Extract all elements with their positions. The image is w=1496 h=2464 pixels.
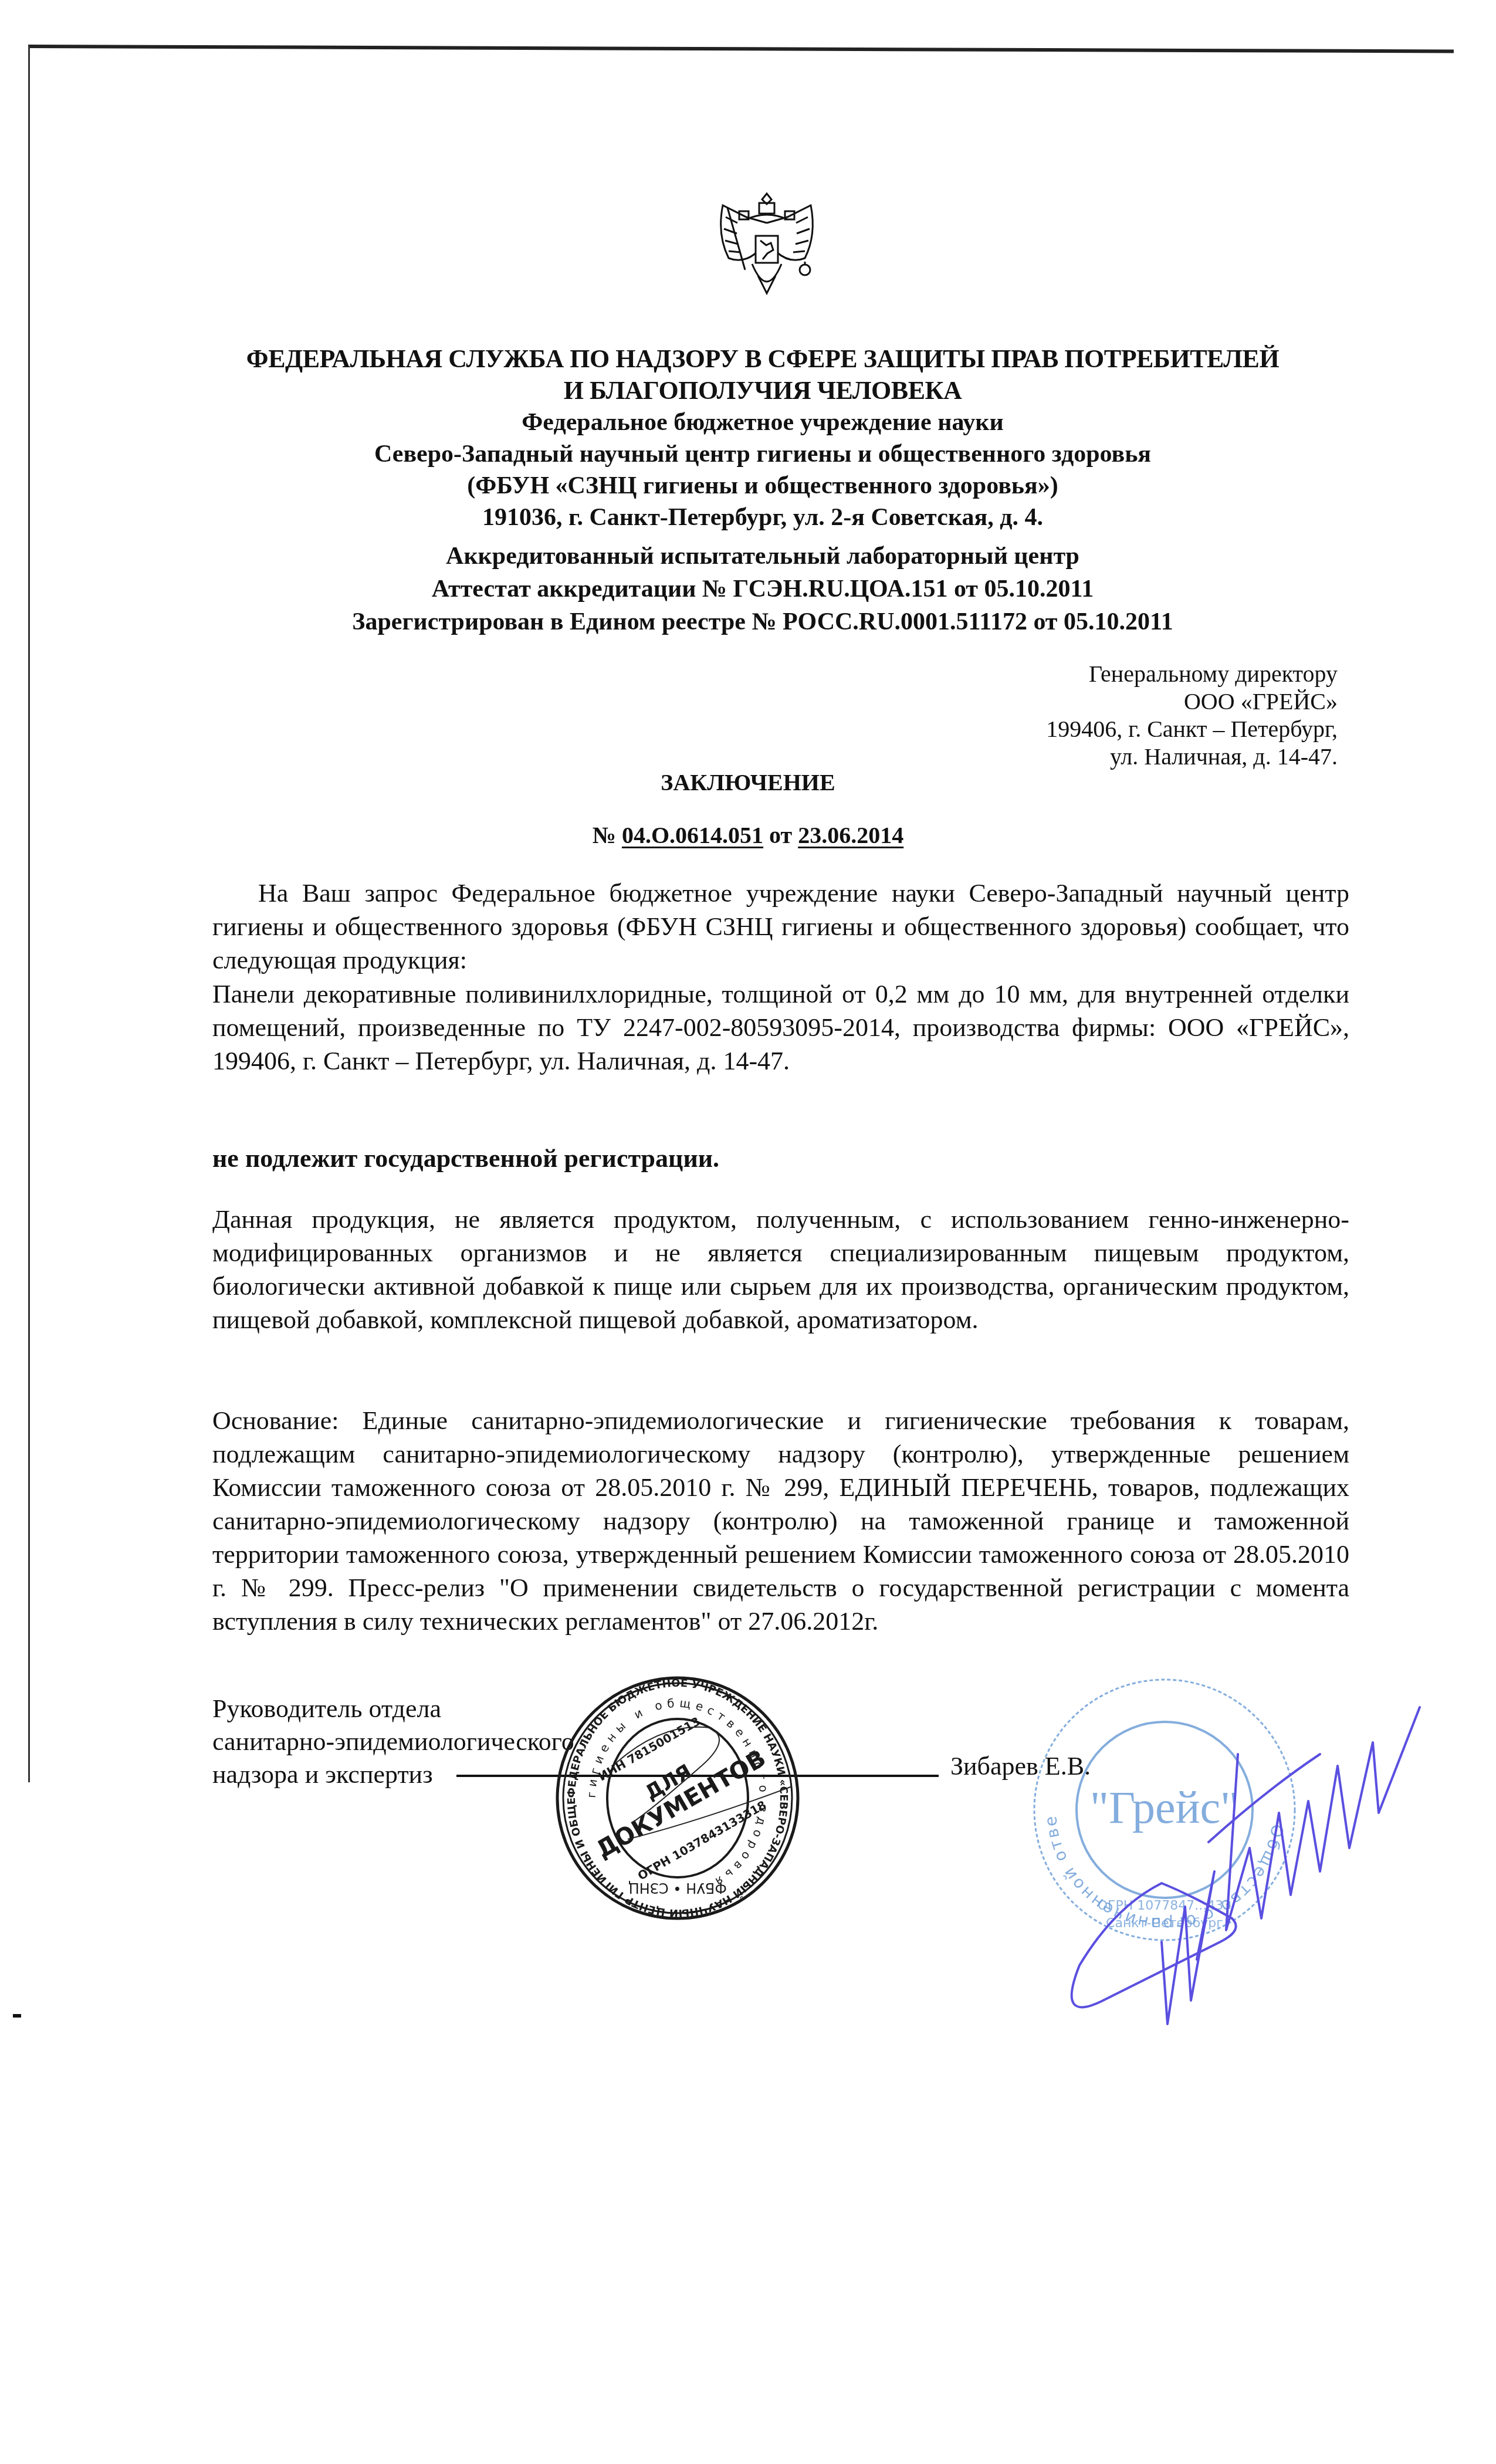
scan-artifact-mark [13, 2014, 21, 2018]
institution-address: 191036, г. Санкт-Петербург, ул. 2-я Сове… [176, 502, 1349, 533]
gmo-statement: Данная продукция, не является продуктом,… [212, 1203, 1349, 1336]
document-date: 23.06.2014 [798, 822, 903, 848]
document-number: 04.О.0614.051 [622, 822, 763, 848]
addressee-company: ООО «ГРЕЙС» [1046, 688, 1338, 715]
official-stamp-icon: ФЕДЕРАЛЬНОЕ БЮДЖЕТНОЕ УЧРЕЖДЕНИЕ НАУКИ «… [546, 1675, 810, 1921]
page-border-top [28, 45, 1454, 53]
addressee-street: ул. Наличная, д. 14-47. [1046, 743, 1338, 770]
page-border-left [28, 46, 30, 1782]
addressee-position: Генеральному директору [1046, 660, 1338, 688]
document-title: ЗАКЛЮЧЕНИЕ [0, 769, 1496, 796]
letterhead: ФЕДЕРАЛЬНАЯ СЛУЖБА ПО НАДЗОРУ В СФЕРЕ ЗА… [176, 343, 1349, 533]
stamp-abbr: ФБУН • СЗНЦ [628, 1880, 727, 1896]
number-sign: № [593, 822, 616, 848]
legal-basis: Основание: Единые санитарно-эпидемиологи… [212, 1404, 1349, 1638]
verdict: не подлежит государственной регистрации. [212, 1142, 1349, 1175]
institution-name: Северо-Западный научный центр гигиены и … [176, 438, 1349, 470]
coat-of-arms-icon [711, 182, 823, 305]
accredited-center: Аккредитованный испытательный лабораторн… [176, 540, 1349, 573]
document-number-line: № 04.О.0614.051 от 23.06.2014 [0, 821, 1496, 849]
registry-entry: Зарегистрирован в Едином реестре № РОСС.… [176, 605, 1349, 638]
product-description: Панели декоративные поливинилхлоридные, … [212, 977, 1349, 1078]
institution-type: Федеральное бюджетное учреждение науки [176, 407, 1349, 438]
institution-abbreviation: (ФБУН «СЗНЦ гигиены и общественного здор… [176, 470, 1349, 502]
agency-name-line1: ФЕДЕРАЛЬНАЯ СЛУЖБА ПО НАДЗОРУ В СФЕРЕ ЗА… [176, 343, 1349, 375]
accreditation-block: Аккредитованный испытательный лабораторн… [176, 540, 1349, 638]
date-prefix: от [769, 822, 792, 848]
agency-name-line2: И БЛАГОПОЛУЧИЯ ЧЕЛОВЕКА [176, 375, 1349, 407]
handwritten-signature-icon [1044, 1695, 1455, 2059]
addressee-city: 199406, г. Санкт – Петербург, [1046, 715, 1338, 743]
addressee-block: Генеральному директору ООО «ГРЕЙС» 19940… [1046, 660, 1338, 770]
position-line2: санитарно-эпидемиологического [212, 1725, 574, 1758]
position-line1: Руководитель отдела [212, 1693, 574, 1725]
accreditation-certificate: Аттестат аккредитации № ГСЭН.RU.ЦОА.151 … [176, 573, 1349, 605]
intro-paragraph: На Ваш запрос Федеральное бюджетное учре… [212, 876, 1349, 977]
